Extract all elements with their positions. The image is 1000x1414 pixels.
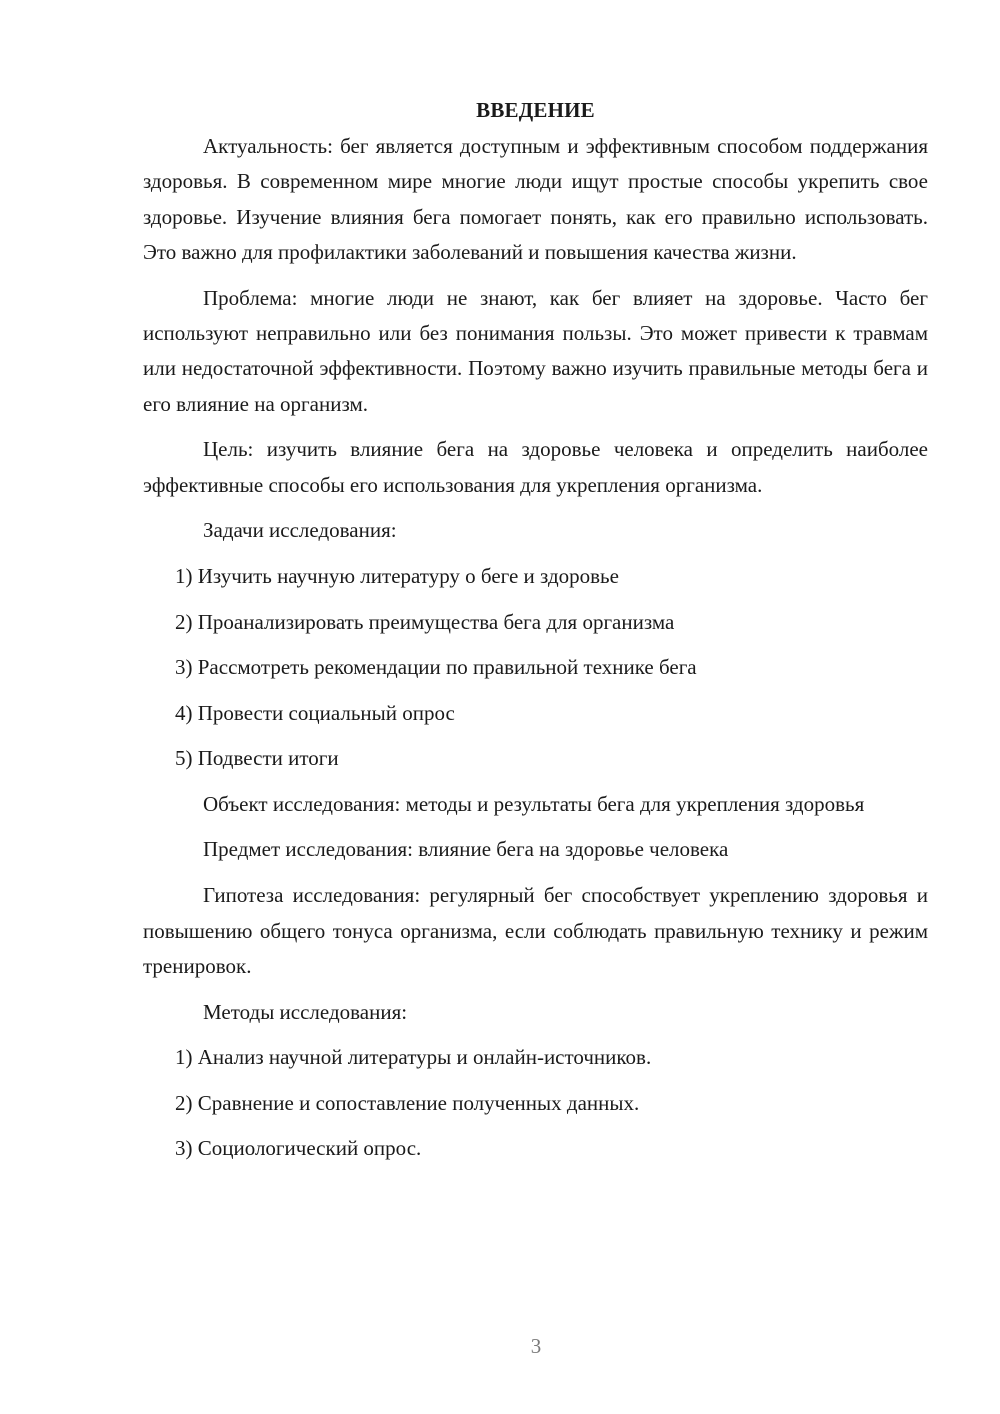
subject-paragraph: Предмет исследования: влияние бега на зд… bbox=[143, 832, 928, 867]
task-item: 1) Изучить научную литературу о беге и з… bbox=[143, 559, 928, 594]
method-item: 2) Сравнение и сопоставление полученных … bbox=[143, 1086, 928, 1121]
task-item: 3) Рассмотреть рекомендации по правильно… bbox=[143, 650, 928, 685]
method-item: 3) Социологический опрос. bbox=[143, 1131, 928, 1166]
document-page: ВВЕДЕНИЕ Актуальность: бег является дост… bbox=[143, 93, 928, 1177]
method-item: 1) Анализ научной литературы и онлайн-ис… bbox=[143, 1040, 928, 1075]
hypothesis-paragraph: Гипотеза исследования: регулярный бег сп… bbox=[143, 878, 928, 984]
task-item: 4) Провести социальный опрос bbox=[143, 696, 928, 731]
section-title: ВВЕДЕНИЕ bbox=[143, 93, 928, 128]
methods-heading: Методы исследования: bbox=[143, 995, 928, 1030]
methods-list: 1) Анализ научной литературы и онлайн-ис… bbox=[143, 1040, 928, 1166]
page-number: 3 bbox=[0, 1332, 1000, 1360]
task-item: 5) Подвести итоги bbox=[143, 741, 928, 776]
tasks-list: 1) Изучить научную литературу о беге и з… bbox=[143, 559, 928, 776]
task-item: 2) Проанализировать преимущества бега дл… bbox=[143, 605, 928, 640]
object-paragraph: Объект исследования: методы и результаты… bbox=[143, 787, 928, 822]
problem-paragraph: Проблема: многие люди не знают, как бег … bbox=[143, 281, 928, 422]
tasks-heading: Задачи исследования: bbox=[143, 513, 928, 548]
relevance-paragraph: Актуальность: бег является доступным и э… bbox=[143, 129, 928, 270]
goal-paragraph: Цель: изучить влияние бега на здоровье ч… bbox=[143, 432, 928, 503]
